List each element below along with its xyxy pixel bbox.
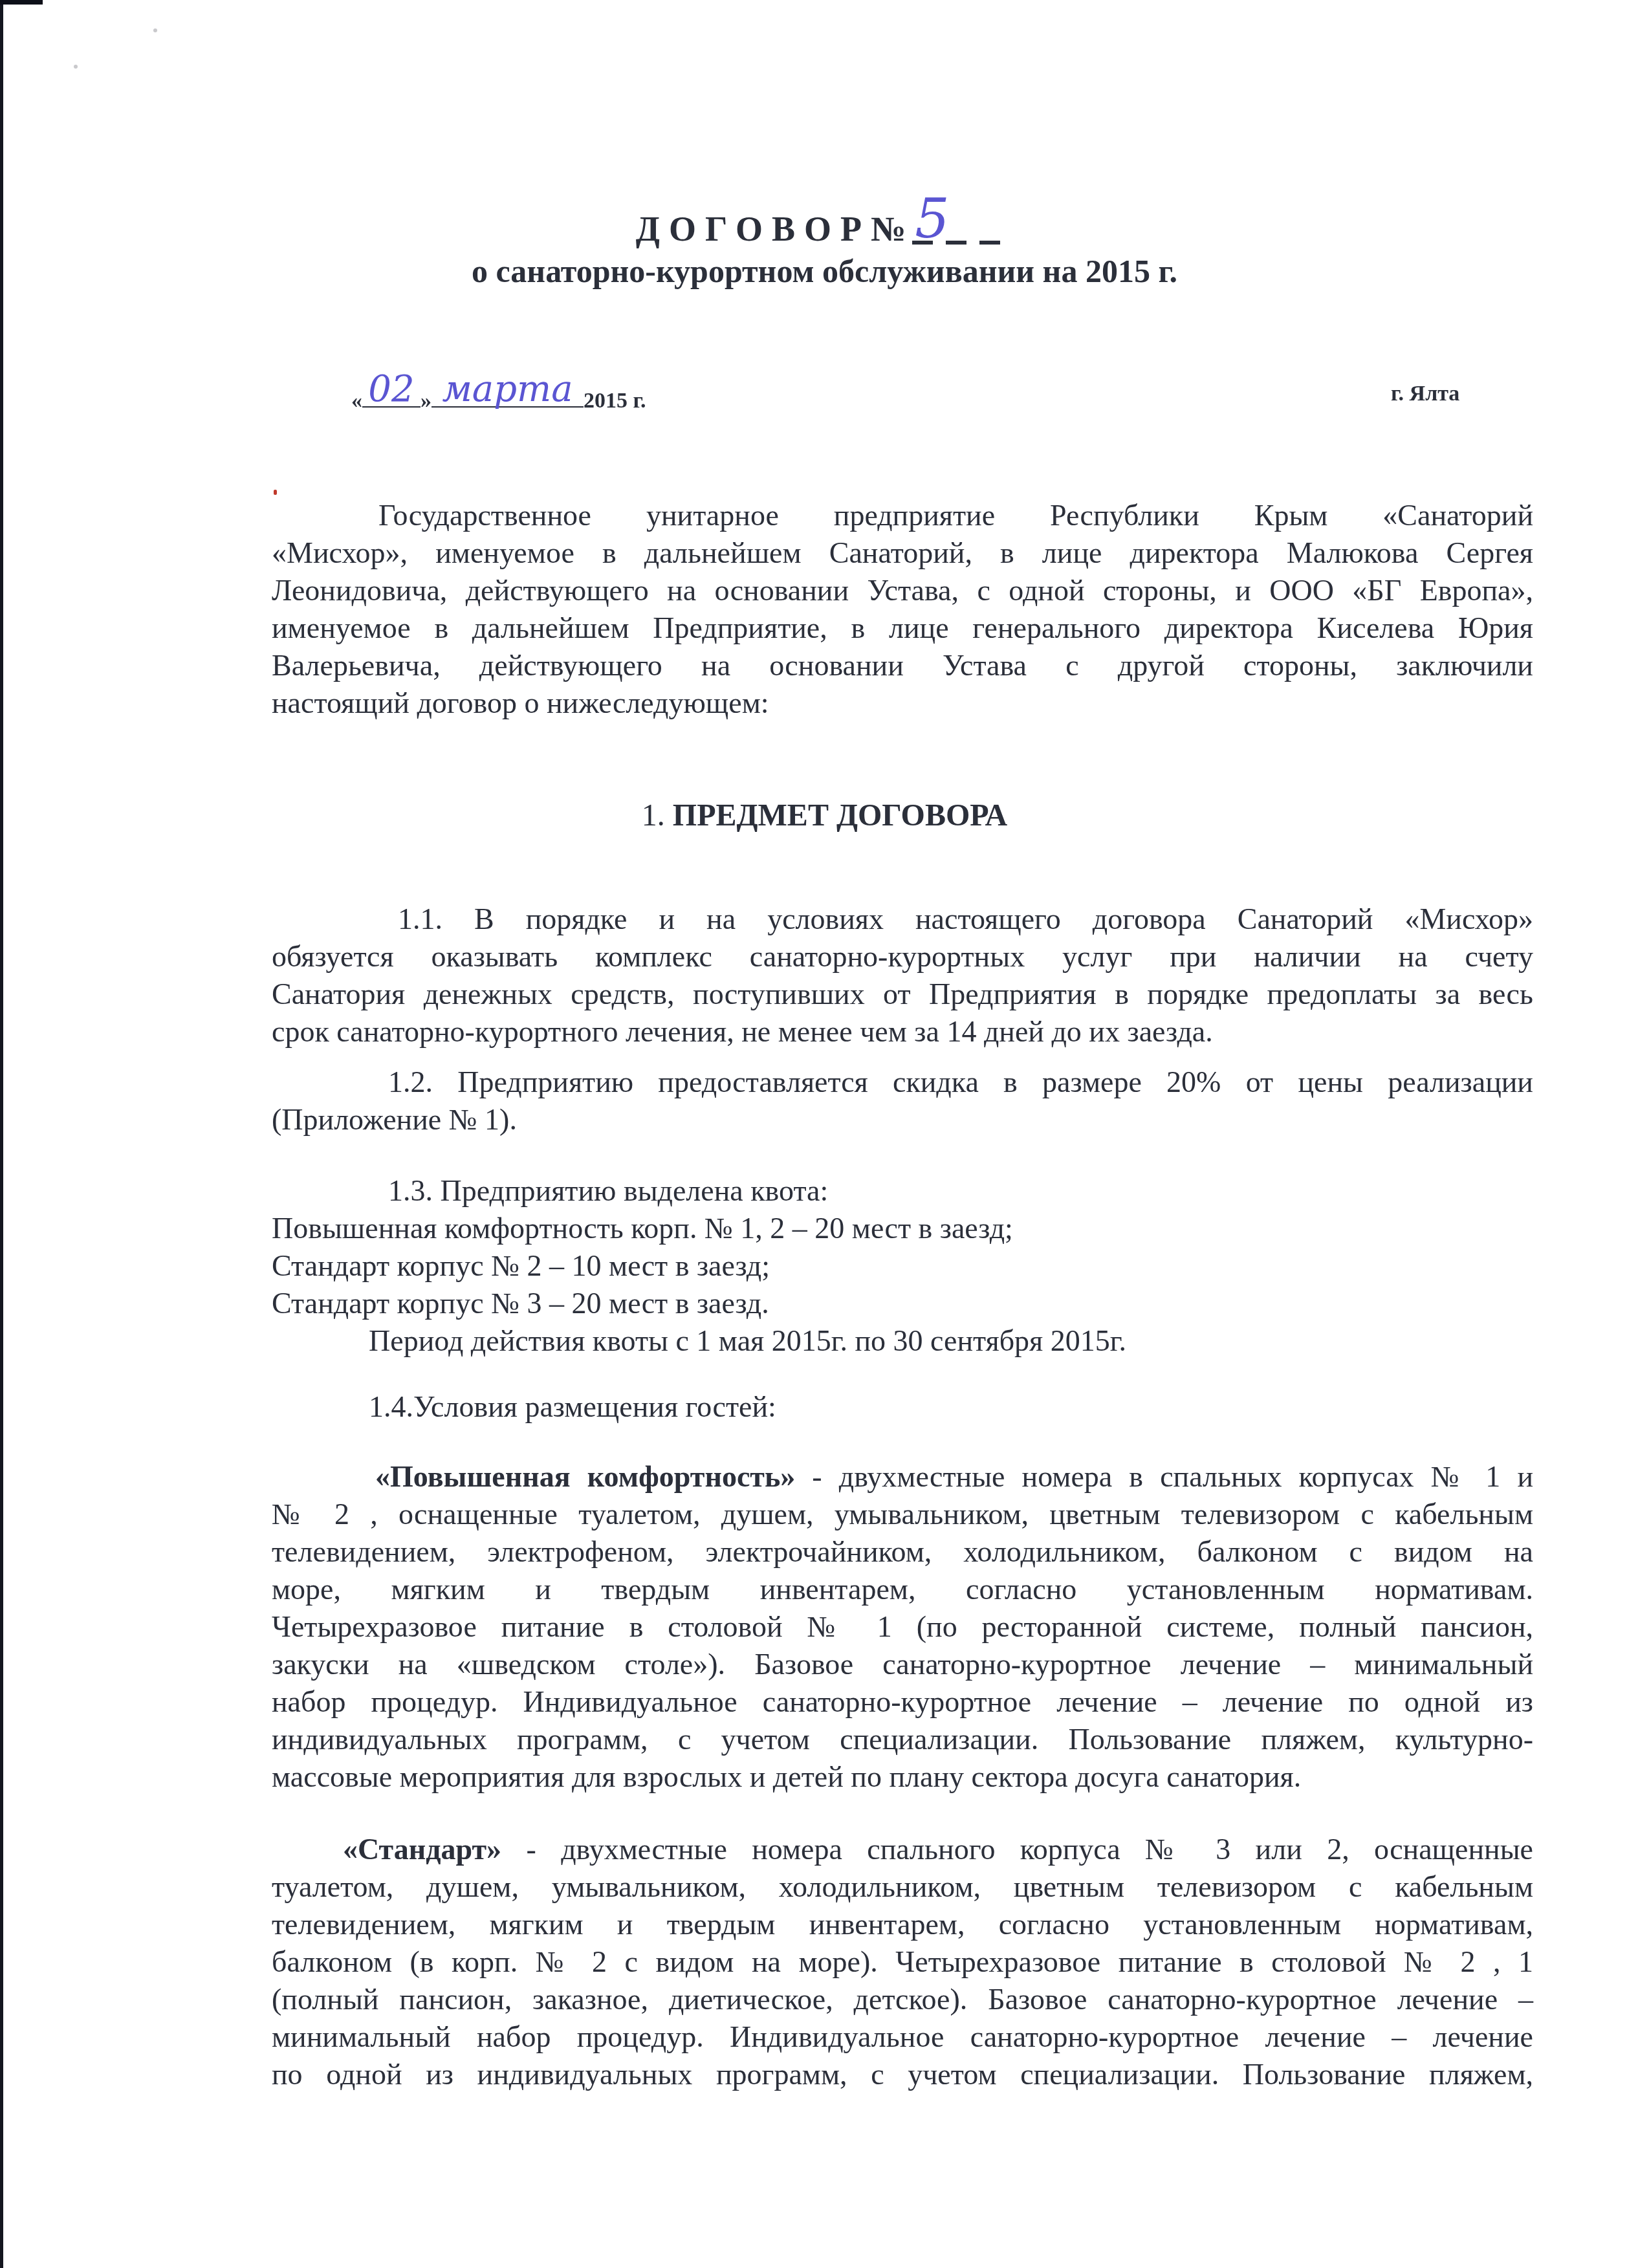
preamble-line: именуемое в дальнейшем Предприятие, в ли…	[272, 609, 1533, 647]
comfort-line: № 2 , оснащенные туалетом, душем, умывал…	[272, 1496, 1533, 1533]
document-subtitle: о санаторно-курортном обслуживании на 20…	[0, 252, 1649, 290]
comfort-line-text: - двухместные номера в спальных корпусах…	[795, 1460, 1533, 1493]
comfort-line: телевидением, электрофеном, электрочайни…	[272, 1533, 1533, 1571]
contract-number-field: 5	[910, 208, 1013, 241]
comfort-line: индивидуальных программ, с учетом специа…	[272, 1721, 1533, 1758]
comfort-line: море, мягким и твердым инвентарем, согла…	[272, 1571, 1533, 1608]
standard-line: туалетом, душем, умывальником, холодильн…	[272, 1868, 1533, 1906]
comfort-line: Четырехразовое питание в столовой № 1 (п…	[272, 1608, 1533, 1646]
clause-1-1-line: срок санаторно-курортного лечения, не ме…	[272, 1013, 1533, 1051]
comfort-first-line: «Повышенная комфортность» - двухместные …	[375, 1458, 1533, 1496]
clause-1-3-intro: 1.3. Предприятию выделена квота:	[388, 1172, 1533, 1210]
scan-corner	[0, 0, 43, 5]
clause-1-1-line: обязуется оказывать комплекс санаторно-к…	[272, 938, 1533, 976]
section-title: ПРЕДМЕТ ДОГОВОРА	[673, 798, 1007, 833]
title-word: ДОГОВОР	[636, 210, 871, 248]
standard-label: «Стандарт»	[343, 1833, 501, 1866]
standard-line: балконом (в корп. № 2 с видом на море). …	[272, 1943, 1533, 1981]
handwritten-day: 02	[362, 371, 420, 408]
contract-date: «02»марта2015 г.	[351, 380, 646, 413]
number-sign: №	[871, 210, 910, 248]
preamble-line: Валерьевича, действующего на основании У…	[272, 647, 1533, 684]
clause-1-2-line: (Приложение № 1).	[272, 1101, 1533, 1139]
standard-line-text: - двухместные номера спального корпуса №…	[501, 1833, 1533, 1866]
scan-speck	[153, 28, 157, 32]
close-quote: »	[420, 389, 431, 413]
quota-period: Период действия квоты с 1 мая 2015г. по …	[369, 1322, 1533, 1360]
quota-item: Стандарт корпус № 2 – 10 мест в заезд;	[272, 1247, 1533, 1285]
day-field: 02	[362, 380, 420, 408]
standard-line: по одной из индивидуальных программ, с у…	[272, 2056, 1533, 2093]
scan-mark	[274, 490, 277, 495]
preamble-line: настоящий договор о нижеследующем:	[272, 684, 1533, 722]
handwritten-contract-number: 5	[915, 191, 953, 246]
year-text: 2015 г.	[584, 389, 646, 413]
preamble-line: «Мисхор», именуемое в дальнейшем Санатор…	[272, 534, 1533, 572]
comfort-line: массовые мероприятия для взрослых и дете…	[272, 1758, 1533, 1796]
document-title: ДОГОВОР№5	[0, 208, 1649, 249]
quota-item: Повышенная комфортность корп. № 1, 2 – 2…	[272, 1210, 1533, 1247]
open-quote: «	[351, 389, 362, 413]
comfort-label: «Повышенная комфортность»	[375, 1460, 795, 1493]
standard-first-line: «Стандарт» - двухместные номера спальног…	[343, 1831, 1533, 1868]
quota-item: Стандарт корпус № 3 – 20 мест в заезд.	[272, 1285, 1533, 1322]
standard-line: телевидением, мягким и твердым инвентаре…	[272, 1906, 1533, 1943]
clause-1-2-line: 1.2. Предприятию предоставляется скидка …	[388, 1063, 1533, 1101]
clause-1-4-intro: 1.4.Условия размещения гостей:	[369, 1388, 1533, 1426]
standard-line: (полный пансион, заказное, диетическое, …	[272, 1981, 1533, 2018]
scan-speck	[74, 65, 78, 69]
handwritten-month: марта	[431, 371, 584, 408]
clause-1-1-line: Санатория денежных средств, поступивших …	[272, 976, 1533, 1013]
standard-line: минимальный набор процедур. Индивидуальн…	[272, 2018, 1533, 2056]
clause-1-1-line: 1.1. В порядке и на условиях настоящего …	[398, 900, 1533, 938]
contract-city: г. Ялта	[1391, 382, 1459, 406]
month-field: марта	[431, 380, 584, 408]
comfort-line: набор процедур. Индивидуальное санаторно…	[272, 1683, 1533, 1721]
comfort-line: закуски на «шведском столе»). Базовое са…	[272, 1646, 1533, 1683]
section-heading: 1. ПРЕДМЕТ ДОГОВОРА	[0, 797, 1649, 834]
section-number: 1.	[642, 798, 665, 833]
preamble-line: Государственное унитарное предприятие Ре…	[378, 497, 1533, 534]
preamble-line: Леонидовича, действующего на основании У…	[272, 572, 1533, 609]
scan-edge	[0, 0, 3, 2268]
